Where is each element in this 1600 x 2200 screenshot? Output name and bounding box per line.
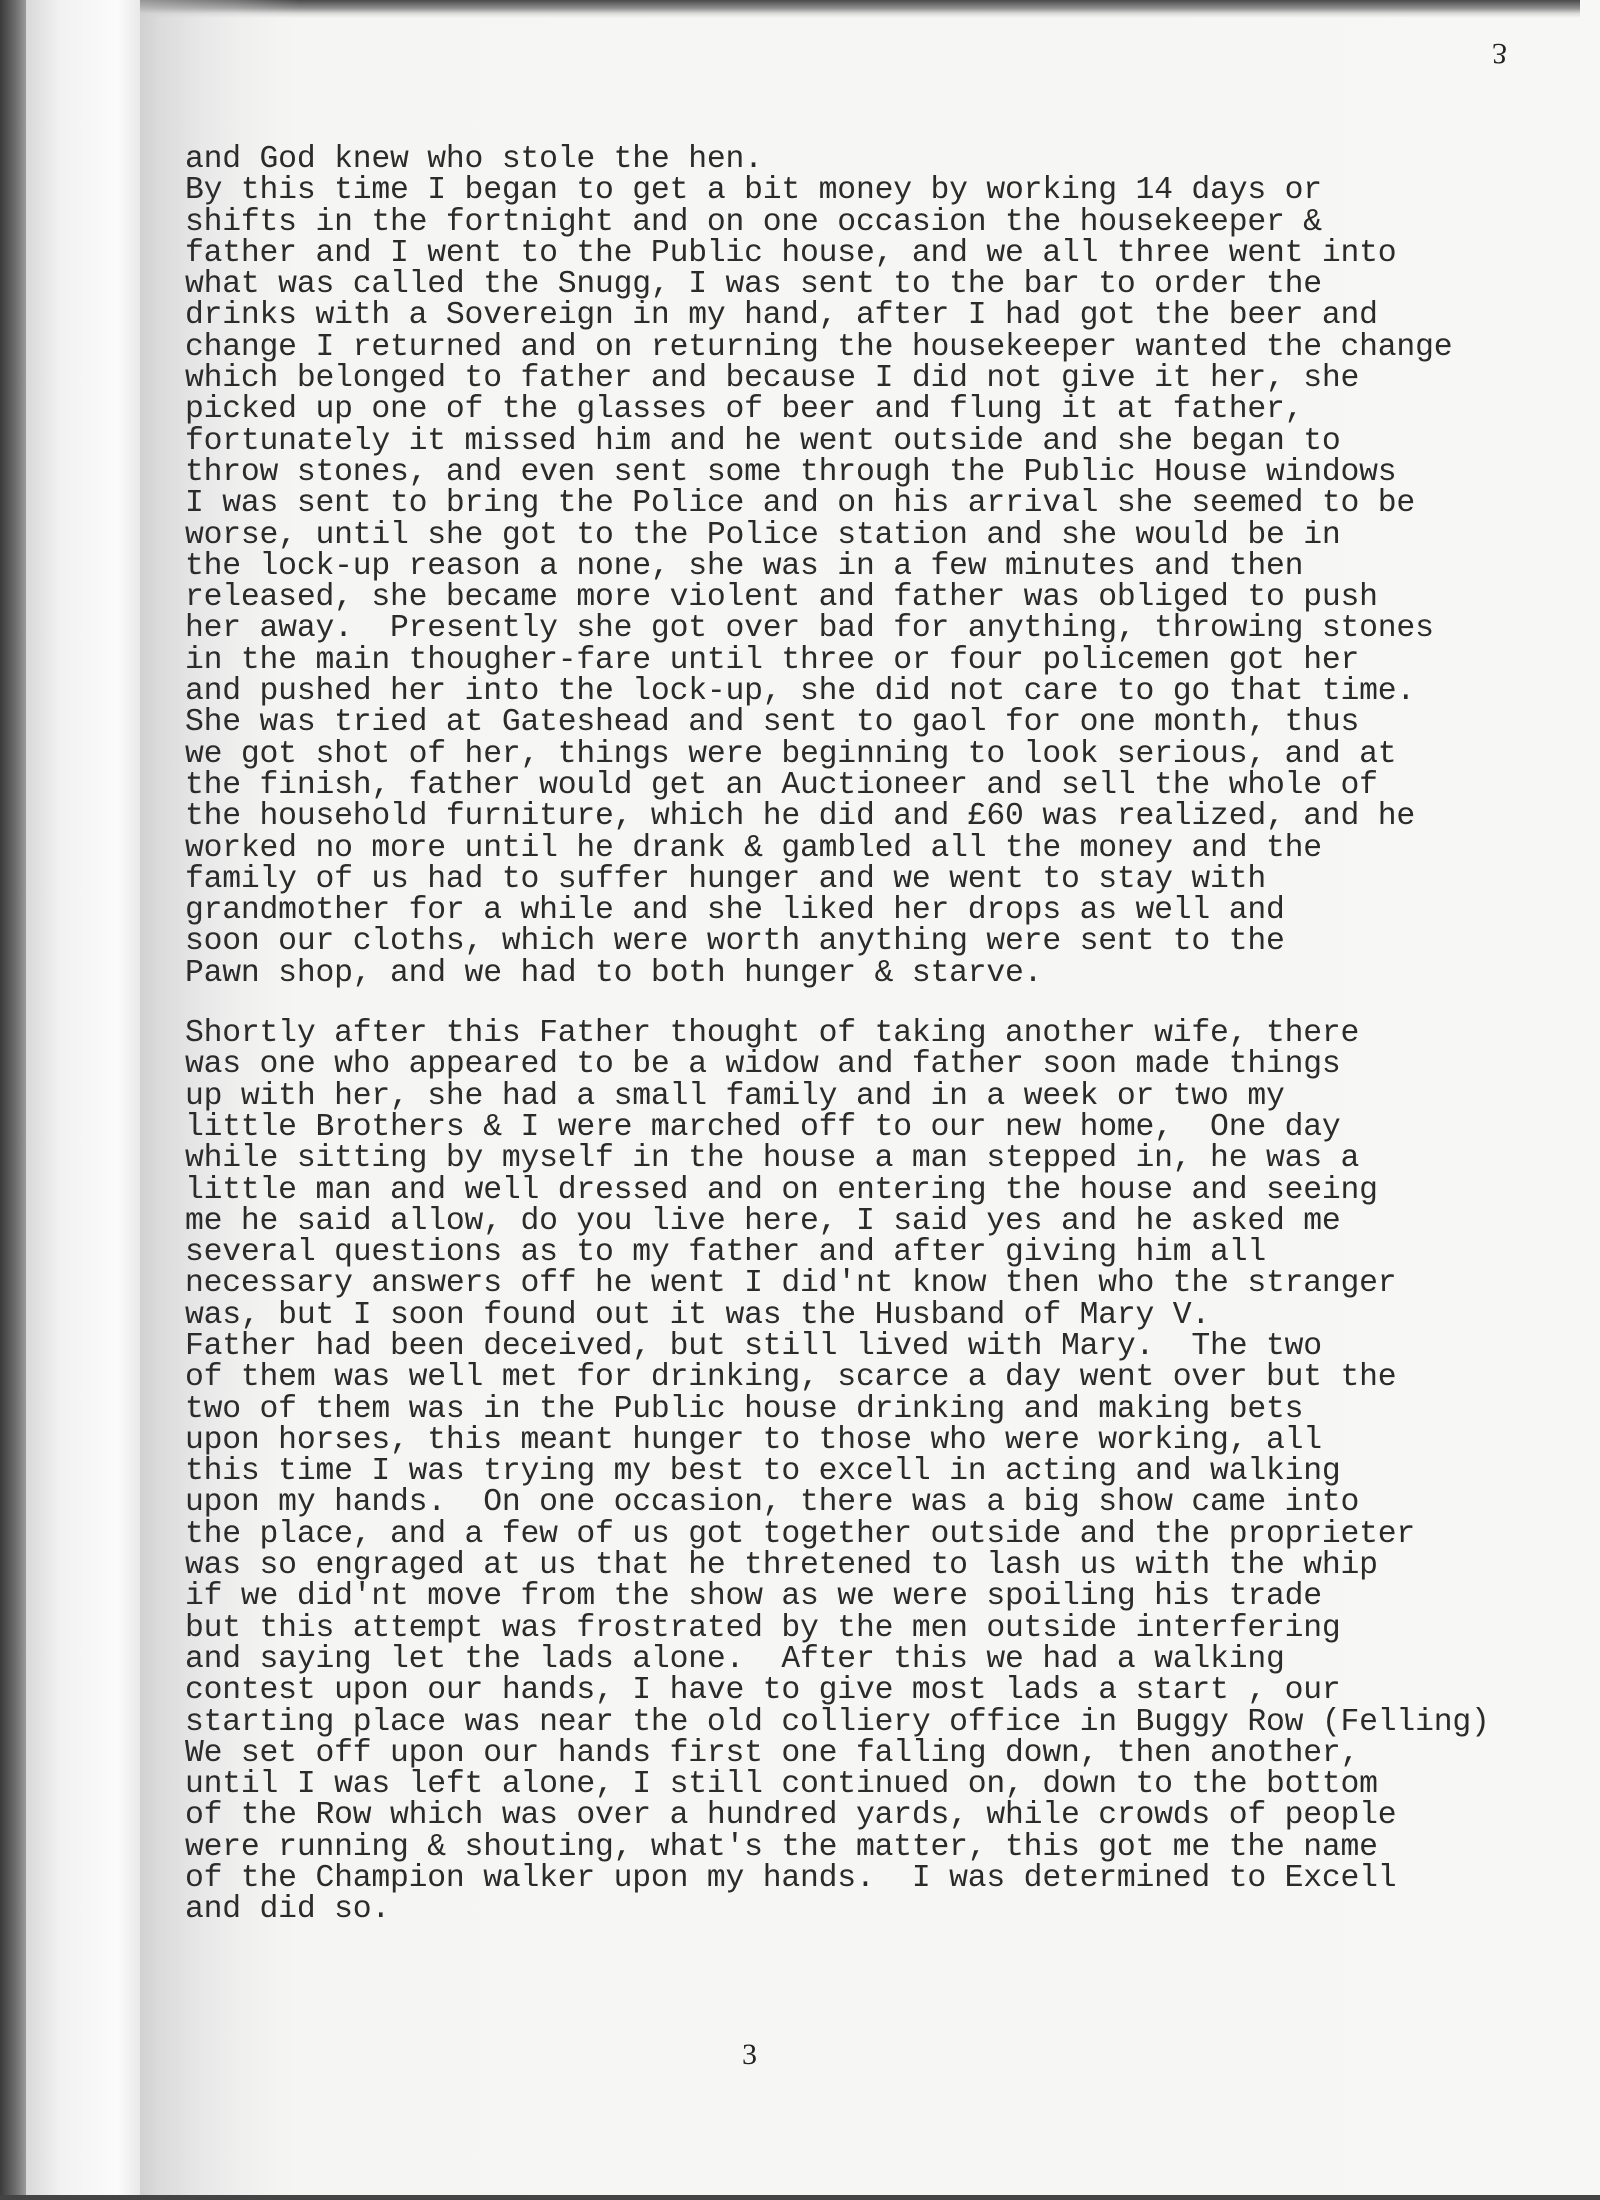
text-line: shifts in the fortnight and on one occas… [185,207,1585,238]
text-line: worked no more until he drank & gambled … [185,833,1585,864]
text-line: upon horses, this meant hunger to those … [185,1425,1585,1456]
text-line: which belonged to father and because I d… [185,363,1585,394]
text-line: necessary answers off he went I did'nt k… [185,1268,1585,1299]
text-line: and God knew who stole the hen. [185,144,1585,175]
text-line: drinks with a Sovereign in my hand, afte… [185,300,1585,331]
text-line: soon our cloths, which were worth anythi… [185,926,1585,957]
text-line: if we did'nt move from the show as we we… [185,1581,1585,1612]
scanner-edge [0,0,26,2200]
text-line: up with her, she had a small family and … [185,1081,1585,1112]
text-line: contest upon our hands, I have to give m… [185,1675,1585,1706]
text-line: upon my hands. On one occasion, there wa… [185,1487,1585,1518]
text-line: the lock-up reason a none, she was in a … [185,551,1585,582]
text-line: were running & shouting, what's the matt… [185,1832,1585,1863]
text-line: two of them was in the Public house drin… [185,1394,1585,1425]
text-line: picked up one of the glasses of beer and… [185,394,1585,425]
text-line: in the main thougher-fare until three or… [185,645,1585,676]
text-line: family of us had to suffer hunger and we… [185,864,1585,895]
text-line: fortunately it missed him and he went ou… [185,426,1585,457]
text-line: little Brothers & I were marched off to … [185,1112,1585,1143]
text-line: She was tried at Gateshead and sent to g… [185,707,1585,738]
text-line: and did so. [185,1894,1585,1925]
text-line: By this time I began to get a bit money … [185,175,1585,206]
text-line: was so engraged at us that he thretened … [185,1550,1585,1581]
text-line: was, but I soon found out it was the Hus… [185,1300,1585,1331]
text-line: but this attempt was frostrated by the m… [185,1613,1585,1644]
folded-page-margin [26,0,141,2200]
text-line: worse, until she got to the Police stati… [185,520,1585,551]
text-line: while sitting by myself in the house a m… [185,1143,1585,1174]
text-line: and saying let the lads alone. After thi… [185,1644,1585,1675]
text-line: of the Champion walker upon my hands. I … [185,1863,1585,1894]
text-line: until I was left alone, I still continue… [185,1769,1585,1800]
text-line: I was sent to bring the Police and on hi… [185,488,1585,519]
top-scan-shadow [140,0,1580,18]
text-line: was one who appeared to be a widow and f… [185,1049,1585,1080]
text-line: the household furniture, which he did an… [185,801,1585,832]
text-line: we got shot of her, things were beginnin… [185,739,1585,770]
text-line: change I returned and on returning the h… [185,332,1585,363]
text-line: released, she became more violent and fa… [185,582,1585,613]
text-line: starting place was near the old colliery… [185,1707,1585,1738]
text-line: the finish, father would get an Auctione… [185,770,1585,801]
text-line: me he said allow, do you live here, I sa… [185,1206,1585,1237]
text-line: this time I was trying my best to excell… [185,1456,1585,1487]
text-line: Father had been deceived, but still live… [185,1331,1585,1362]
text-line: what was called the Snugg, I was sent to… [185,269,1585,300]
corner-page-mark: 3 [1492,36,1507,70]
text-line: father and I went to the Public house, a… [185,238,1585,269]
text-line: Pawn shop, and we had to both hunger & s… [185,958,1585,989]
bottom-scan-edge [0,2195,1600,2200]
page-number: 3 [742,2038,757,2072]
paragraph-gap [185,989,1585,1018]
text-line: her away. Presently she got over bad for… [185,613,1585,644]
text-line: of them was well met for drinking, scarc… [185,1362,1585,1393]
text-line: several questions as to my father and af… [185,1237,1585,1268]
text-line: of the Row which was over a hundred yard… [185,1800,1585,1831]
text-line: little man and well dressed and on enter… [185,1175,1585,1206]
text-line: and pushed her into the lock-up, she did… [185,676,1585,707]
text-line: We set off upon our hands first one fall… [185,1738,1585,1769]
text-line: the place, and a few of us got together … [185,1519,1585,1550]
document-body: and God knew who stole the hen.By this t… [185,144,1585,1926]
text-line: grandmother for a while and she liked he… [185,895,1585,926]
text-line: Shortly after this Father thought of tak… [185,1018,1585,1049]
text-line: throw stones, and even sent some through… [185,457,1585,488]
